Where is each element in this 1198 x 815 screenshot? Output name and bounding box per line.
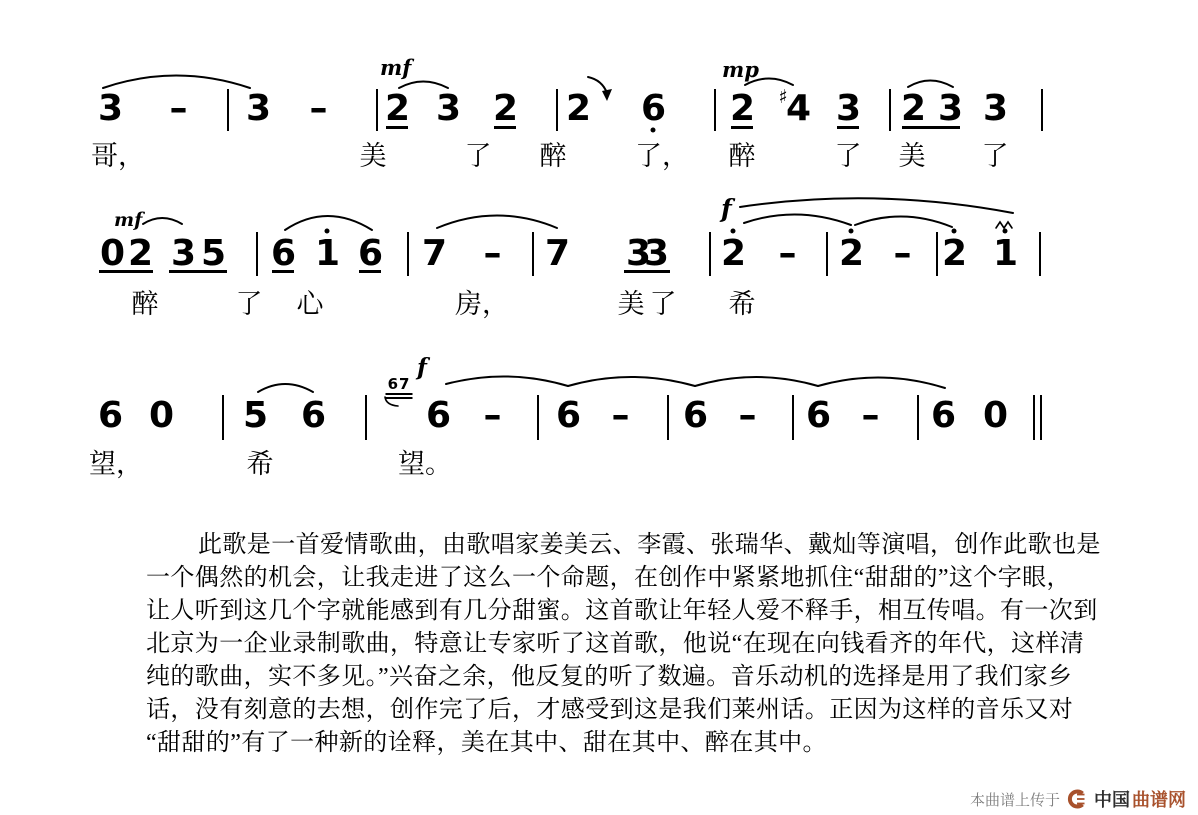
slur-arc <box>285 216 372 230</box>
description-line: 北京为一企业录制歌曲，特意让专家听了这首歌，他说“在现在向钱看齐的年代，这样清 <box>146 628 1081 661</box>
note: 3 <box>171 236 195 272</box>
glissando-down-icon <box>588 77 607 93</box>
lyric: 了 <box>650 289 677 319</box>
description-line: 纯的歌曲，实不多见。”兴奋之余，他反复的听了数遍。音乐动机的选择是用了我们家乡 <box>146 661 1081 694</box>
note: 2 <box>566 91 590 127</box>
tie-arc <box>855 216 952 227</box>
barline <box>376 89 378 131</box>
mordent-icon <box>996 222 1012 228</box>
note: 3 <box>983 91 1007 127</box>
slur-arc <box>908 81 953 88</box>
barline <box>537 395 539 440</box>
note: 6 <box>426 398 450 434</box>
note: 2 <box>128 236 152 272</box>
note: 6 <box>271 236 295 272</box>
dash: – <box>170 91 187 127</box>
tie-arc <box>446 376 568 386</box>
dynamic-mark: mf <box>380 57 411 78</box>
eighth-underline <box>494 126 516 129</box>
phrase-slur-arc <box>740 198 1013 213</box>
lyric: 望。 <box>398 449 452 479</box>
grace-notes: 67 <box>388 377 411 392</box>
eighth-underline <box>624 270 670 273</box>
barline <box>826 232 828 276</box>
slur-arc <box>258 384 313 392</box>
note: 6 <box>98 398 122 434</box>
rest: 0 <box>100 236 124 272</box>
description-line: 此歌是一首爱情歌曲，由歌唱家姜美云、李霞、张瑞华、戴灿等演唱，创作此歌也是 <box>146 529 1081 562</box>
tie-arc <box>695 377 818 386</box>
lyric: 醉 <box>540 141 567 171</box>
note: 2 <box>721 236 745 272</box>
note: 6 <box>556 398 580 434</box>
barline <box>222 395 224 440</box>
lyric: 美 <box>618 289 645 319</box>
grace-underline <box>386 397 413 399</box>
barline <box>532 232 534 276</box>
dash: – <box>484 398 501 434</box>
note: 3 <box>246 91 270 127</box>
note: 7 <box>422 236 446 272</box>
row3-arcs <box>0 358 1198 428</box>
final-barline <box>1033 395 1035 440</box>
tie-arc <box>568 377 695 386</box>
low-octave-dot <box>651 128 656 133</box>
lyric: 希 <box>247 449 274 479</box>
note: 1 <box>315 236 339 272</box>
note: 6 <box>358 236 382 272</box>
description-line: 话，没有刻意的去想，创作完了后，才感受到这是我们莱州话。正因为这样的音乐又对 <box>146 694 1081 727</box>
high-octave-dot <box>325 229 330 234</box>
eighth-underline <box>169 270 227 273</box>
lyric: 了 <box>236 289 263 319</box>
dash: – <box>739 398 756 434</box>
note: 1 <box>993 236 1017 272</box>
dash: – <box>484 236 501 272</box>
note: 3 <box>98 91 122 127</box>
eighth-underline <box>272 270 294 273</box>
high-octave-dot <box>952 229 957 234</box>
lyric: 房， <box>455 289 509 319</box>
barline <box>256 232 258 276</box>
note: 5 <box>201 236 225 272</box>
barline <box>917 395 919 440</box>
note: 6 <box>806 398 830 434</box>
note: 2 <box>730 91 754 127</box>
barline <box>556 89 558 131</box>
lyric: 了， <box>635 141 689 171</box>
eighth-underline <box>359 270 381 273</box>
lyric: 醉 <box>132 289 159 319</box>
barline <box>1039 232 1041 276</box>
eighth-underline <box>837 126 859 129</box>
sheet-music-page: mf mp 3 – 3 – 2 3 2 2 6 2 ♯ 4 3 2 3 3 哥，… <box>0 0 1198 815</box>
barline <box>792 395 794 440</box>
dash: – <box>862 398 879 434</box>
upload-note-text: 本曲谱上传于 <box>970 789 1060 810</box>
note: 2 <box>385 91 409 127</box>
footer-watermark: 本曲谱上传于 中国 曲谱网 <box>970 786 1186 812</box>
lyric: 哥， <box>91 141 145 171</box>
lyric: 了 <box>465 141 492 171</box>
lyric: 美 <box>360 141 387 171</box>
dash: – <box>310 91 327 127</box>
barline <box>936 232 938 276</box>
lyric: 醉 <box>729 141 756 171</box>
lyric: 美 <box>899 141 926 171</box>
grace-underline <box>386 393 413 395</box>
dynamic-mark: mp <box>722 59 759 80</box>
note: 2 <box>839 236 863 272</box>
eighth-underline <box>731 126 753 129</box>
description-line: 一个偶然的机会，让我走进了这么一个命题，在创作中紧紧地抓住“甜甜的”这个字眼， <box>146 562 1081 595</box>
note: 4 <box>786 91 810 127</box>
description-line: “甜甜的”有了一种新的诠释，美在其中、甜在其中、醉在其中。 <box>146 727 1081 760</box>
tie-arc <box>103 76 250 89</box>
barline <box>889 89 891 131</box>
barline <box>667 395 669 440</box>
tie-arc <box>437 216 557 229</box>
barline <box>714 89 716 131</box>
tie-arc <box>744 214 851 225</box>
barline <box>1041 89 1043 131</box>
site-logo-icon <box>1067 789 1087 809</box>
dynamic-mark: f <box>721 198 732 219</box>
description-paragraph: 此歌是一首爱情歌曲，由歌唱家姜美云、李霞、张瑞华、戴灿等演唱，创作此歌也是 一个… <box>146 529 1081 760</box>
eighth-underline <box>386 126 408 129</box>
dynamic-mark: mf <box>114 210 142 231</box>
high-octave-dot <box>849 229 854 234</box>
site-brand: 中国 曲谱网 <box>1094 786 1186 812</box>
note: 6 <box>931 398 955 434</box>
description-line: 让人听到这几个字就能感到有几分甜蜜。这首歌让年轻人爱不释手，相互传唱。有一次到 <box>146 595 1081 628</box>
rest: 0 <box>983 398 1007 434</box>
site-brand-accent-text: 曲谱网 <box>1132 786 1186 812</box>
tie-arc <box>818 377 945 388</box>
note: 3 <box>836 91 860 127</box>
barline <box>227 89 229 131</box>
lyric: 了 <box>982 141 1009 171</box>
lyric: 希 <box>729 289 756 319</box>
lyric: 望， <box>89 449 143 479</box>
dash: – <box>779 236 796 272</box>
slur-arc <box>143 218 182 224</box>
note: 2 <box>493 91 517 127</box>
rest: 0 <box>149 398 173 434</box>
high-octave-dot <box>1003 229 1008 234</box>
barline <box>365 395 367 440</box>
barline <box>407 232 409 276</box>
dynamic-mark: f <box>417 357 427 378</box>
note: 5 <box>243 398 267 434</box>
note: 6 <box>641 91 665 127</box>
eighth-underline <box>99 270 153 273</box>
final-barline <box>1040 395 1042 440</box>
note: 2 <box>942 236 966 272</box>
high-octave-dot <box>731 229 736 234</box>
lyric: 心 <box>297 289 324 319</box>
note: 6 <box>301 398 325 434</box>
lyric: 了 <box>835 141 862 171</box>
dash: – <box>612 398 629 434</box>
note: 3 <box>644 236 668 272</box>
site-brand-dark-text: 中国 <box>1094 786 1130 812</box>
note: 2 <box>901 91 925 127</box>
note: 3 <box>938 91 962 127</box>
note: 6 <box>683 398 707 434</box>
eighth-underline <box>902 126 960 129</box>
note: 3 <box>436 91 460 127</box>
dash: – <box>894 236 911 272</box>
glissando-arrowhead-icon <box>602 89 612 101</box>
note: 7 <box>545 236 569 272</box>
barline <box>709 232 711 276</box>
